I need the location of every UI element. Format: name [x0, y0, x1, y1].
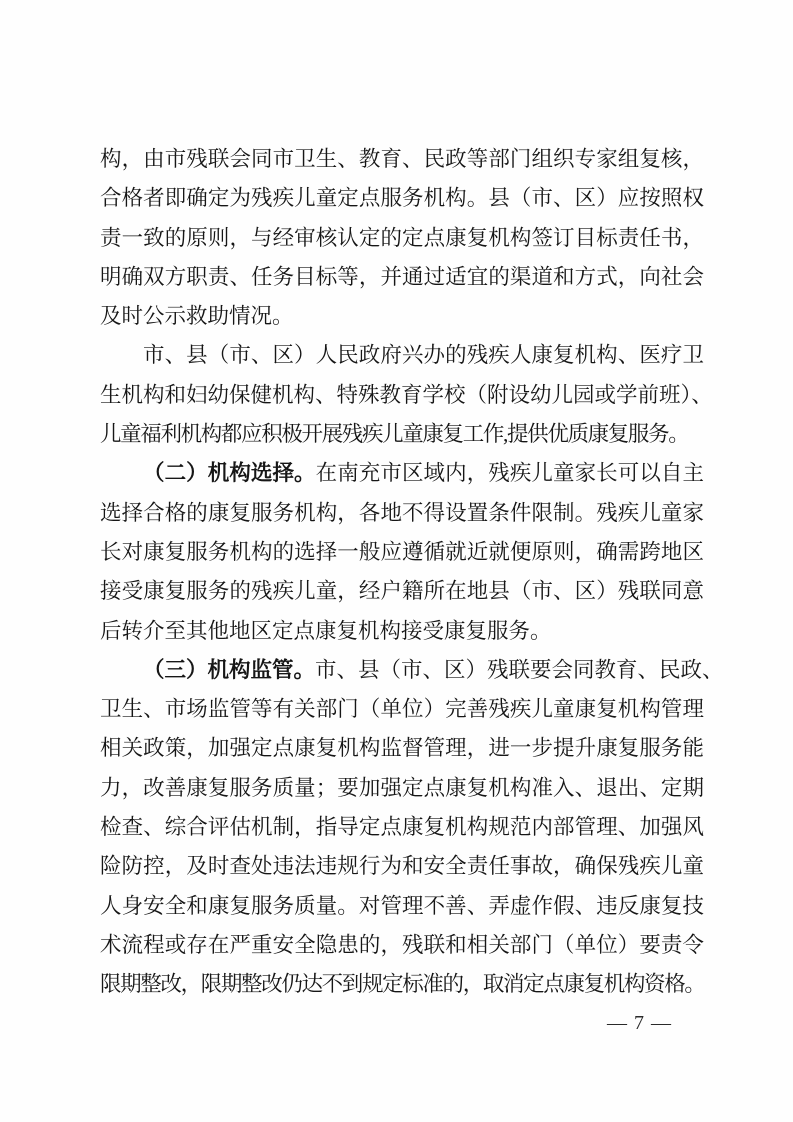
text-line: 人身安全和康复服务质量。对管理不善、弄虚作假、违反康复技 — [100, 887, 704, 926]
text-line: 长对康复服务机构的选择一般应遵循就近就便原则，确需跨地区 — [100, 533, 704, 572]
text-line: 选择合格的康复服务机构，各地不得设置条件限制。残疾儿童家 — [100, 494, 704, 533]
text-line: （二）机构选择。在南充市区域内，残疾儿童家长可以自主 — [100, 454, 704, 493]
text-line: 构，由市残联会同市卫生、教育、民政等部门组织专家组复核， — [100, 140, 704, 179]
text-line: 术流程或存在严重安全隐患的，残联和相关部门（单位）要责令 — [100, 926, 704, 965]
document-page: 构，由市残联会同市卫生、教育、民政等部门组织专家组复核， 合格者即确定为残疾儿童… — [0, 0, 793, 1122]
paragraph-section-3-institution-supervision: （三）机构监管。市、县（市、区）残联要会同教育、民政、 卫生、市场监管等有关部门… — [100, 651, 704, 1005]
text-line: 明确双方职责、任务目标等，并通过适宜的渠道和方式，向社会 — [100, 258, 704, 297]
paragraph-continuation: 构，由市残联会同市卫生、教育、民政等部门组织专家组复核， 合格者即确定为残疾儿童… — [100, 140, 704, 336]
text-line: 后转介至其他地区定点康复机构接受康复服务。 — [100, 612, 704, 651]
section-heading-institution-choice: （二）机构选择。 — [143, 461, 316, 485]
paragraph-section-2-institution-choice: （二）机构选择。在南充市区域内，残疾儿童家长可以自主 选择合格的康复服务机构，各… — [100, 454, 704, 650]
section-heading-institution-supervision: （三）机构监管。 — [143, 658, 315, 682]
text-line: 卫生、市场监管等有关部门（单位）完善残疾儿童康复机构管理 — [100, 690, 704, 729]
text-line-rest: 市、县（市、区）残联要会同教育、民政、 — [315, 658, 724, 682]
text-line-rest: 在南充市区域内，残疾儿童家长可以自主 — [316, 461, 704, 485]
text-line: 接受康复服务的残疾儿童，经户籍所在地县（市、区）残联同意 — [100, 572, 704, 611]
page-number: — 7 — — [607, 1010, 672, 1036]
text-line: 儿童福利机构都应积极开展残疾儿童康复工作,提供优质康复服务。 — [100, 415, 704, 454]
text-line: 生机构和妇幼保健机构、特殊教育学校（附设幼儿园或学前班）、 — [100, 376, 704, 415]
text-line: 限期整改，限期整改仍达不到规定标准的，取消定点康复机构资格。 — [100, 965, 704, 1004]
text-line: 险防控，及时查处违法违规行为和安全责任事故，确保残疾儿童 — [100, 847, 704, 886]
text-line: （三）机构监管。市、县（市、区）残联要会同教育、民政、 — [100, 651, 704, 690]
text-line: 责一致的原则，与经审核认定的定点康复机构签订目标责任书， — [100, 219, 704, 258]
text-line: 检查、综合评估机制，指导定点康复机构规范内部管理、加强风 — [100, 808, 704, 847]
text-line: 相关政策，加强定点康复机构监督管理，进一步提升康复服务能 — [100, 729, 704, 768]
document-body-text: 构，由市残联会同市卫生、教育、民政等部门组织专家组复核， 合格者即确定为残疾儿童… — [100, 140, 704, 1005]
paragraph-institutions: 市、县（市、区）人民政府兴办的残疾人康复机构、医疗卫 生机构和妇幼保健机构、特殊… — [100, 336, 704, 454]
text-line: 合格者即确定为残疾儿童定点服务机构。县（市、区）应按照权 — [100, 179, 704, 218]
text-line: 力，改善康复服务质量；要加强定点康复机构准入、退出、定期 — [100, 769, 704, 808]
text-line: 及时公示救助情况。 — [100, 297, 704, 336]
text-line: 市、县（市、区）人民政府兴办的残疾人康复机构、医疗卫 — [100, 336, 704, 375]
